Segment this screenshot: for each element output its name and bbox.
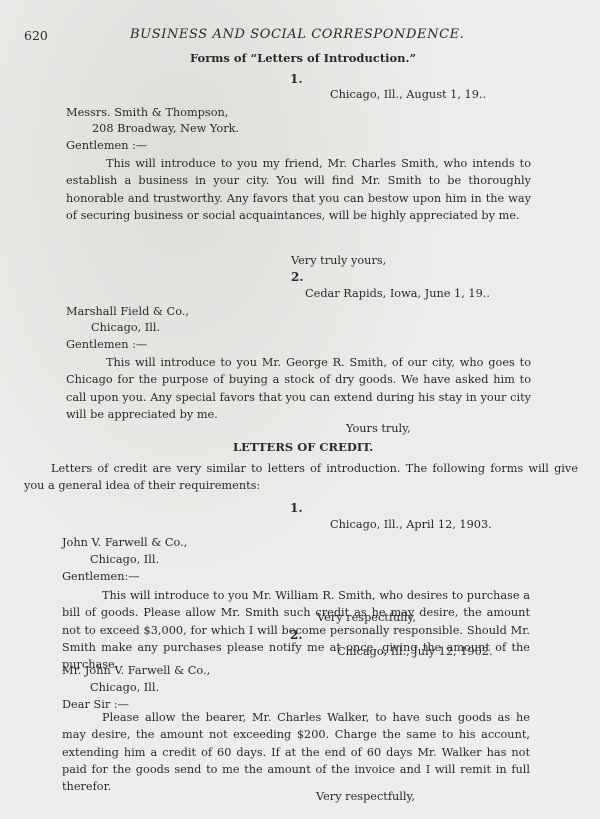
- credit-letter-1-closing: Very respectfully,: [317, 611, 416, 624]
- intro-letter-2-dateline: Cedar Rapids, Iowa, June 1, 19..: [305, 287, 490, 300]
- credit-letter-1-addressee-name: John V. Farwell & Co.,: [62, 536, 187, 549]
- intro-letter-2-addressee-name: Marshall Field & Co.,: [66, 305, 189, 318]
- credit-section-title: LETTERS OF CREDIT.: [233, 440, 373, 454]
- page-number: 620: [24, 28, 48, 43]
- intro-letter-2-body: This will introduce to you Mr. George R.…: [66, 354, 531, 423]
- credit-letter-1-number: 1.: [290, 501, 303, 515]
- intro-section-title: Forms of “Letters of Introduction.”: [190, 51, 416, 65]
- intro-letter-2-addressee-city: Chicago, Ill.: [91, 321, 160, 334]
- credit-letter-2-addressee-city: Chicago, Ill.: [90, 681, 159, 694]
- intro-letter-1-dateline: Chicago, Ill., August 1, 19..: [330, 88, 486, 101]
- intro-letter-1-addressee-name: Messrs. Smith & Thompson,: [66, 106, 228, 119]
- intro-letter-1-number: 1.: [290, 72, 303, 86]
- credit-letter-2-dateline: Chicago, Ill., July 12, 1902.: [337, 645, 493, 658]
- credit-letter-1-dateline: Chicago, Ill., April 12, 1903.: [330, 518, 492, 531]
- credit-letter-2-closing: Very respectfully,: [316, 790, 415, 803]
- credit-letter-1-addressee-city: Chicago, Ill.: [90, 553, 159, 566]
- intro-letter-1-salutation: Gentlemen :—: [66, 139, 147, 152]
- credit-letter-2-number: 2.: [290, 628, 303, 642]
- intro-letter-1-closing: Very truly yours,: [291, 254, 386, 267]
- intro-letter-2-salutation: Gentlemen :—: [66, 338, 147, 351]
- credit-letter-2-body: Please allow the bearer, Mr. Charles Wal…: [62, 709, 530, 795]
- credit-section-intro: Letters of credit are very similar to le…: [24, 460, 578, 495]
- intro-letter-1-body: This will introduce to you my friend, Mr…: [66, 155, 531, 224]
- credit-letter-1-salutation: Gentlemen:—: [62, 570, 140, 583]
- intro-letter-1-addressee-address: 208 Broadway, New York.: [92, 122, 239, 135]
- intro-letter-2-closing: Yours truly,: [346, 422, 411, 435]
- book-page: 620 BUSINESS AND SOCIAL CORRESPONDENCE. …: [0, 0, 600, 819]
- intro-letter-2-number: 2.: [291, 270, 304, 284]
- credit-letter-2-addressee-name: Mr. John V. Farwell & Co.,: [62, 664, 210, 677]
- running-header: BUSINESS AND SOCIAL CORRESPONDENCE.: [130, 27, 464, 42]
